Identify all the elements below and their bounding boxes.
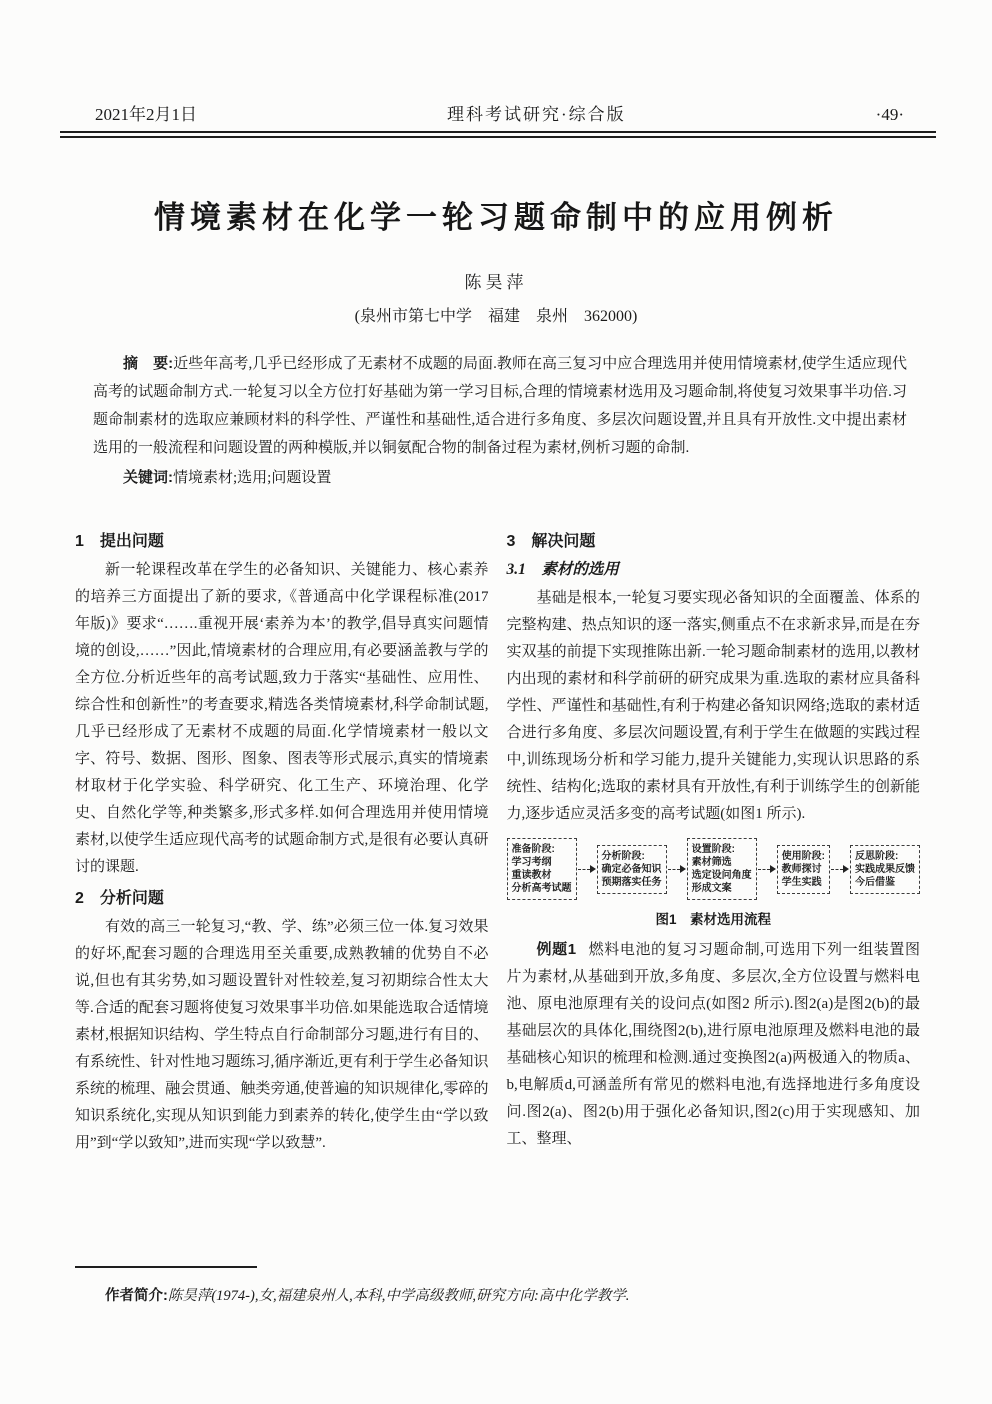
section-2-heading: 2 分析问题 [75,885,489,908]
header-double-rule [60,131,936,138]
keywords-text: 情境素材;选用;问题设置 [173,470,331,486]
abstract-paragraph: 摘 要:近些年高考,几乎已经形成了无素材不成题的局面.教师在高三复习中应合理选用… [93,350,907,462]
figure-1-flowchart: 准备阶段: 学习考纲 重读教材 分析高考试题 分析阶段: 确定必备知识 预期落实… [507,838,921,900]
journal-page: 2021年2月1日 理科考试研究·综合版 ·49· 情境素材在化学一轮习题命制中… [0,0,992,1404]
example-1-paragraph: 例题1燃料电池的复习习题命制,可选用下列一组装置图片为素材,从基础到开放,多角度… [507,936,921,1153]
left-column: 1 提出问题 新一轮课程改革在学生的必备知识、关键能力、核心素养的培养三方面提出… [75,524,489,1157]
body-columns: 1 提出问题 新一轮课程改革在学生的必备知识、关键能力、核心素养的培养三方面提出… [75,524,920,1157]
arrow-head-icon [590,865,596,873]
example-1-label: 例题1 [537,941,577,958]
arrow-dash-line [578,869,590,870]
flow-box-use-stage: 使用阶段: 教师探讨 学生实践 [777,845,830,894]
author-name: 陈昊萍 [0,268,992,293]
author-bio: 作者简介:陈昊萍(1974-),女,福建泉州人,本科,中学高级教师,研究方向:高… [105,1284,932,1305]
section-3-heading: 3 解决问题 [507,528,921,551]
flow-box-reflect-stage: 反思阶段: 实践成果反馈 今后借鉴 [850,845,920,894]
figure-1: 准备阶段: 学习考纲 重读教材 分析高考试题 分析阶段: 确定必备知识 预期落实… [507,838,921,928]
flow-box-analyze-stage: 分析阶段: 确定必备知识 预期落实任务 [597,845,667,894]
flow-arrow-icon [831,865,849,873]
abstract-label: 摘 要: [123,355,173,372]
example-1-text: 燃料电池的复习习题命制,可选用下列一组装置图片为素材,从基础到开放,多角度、多层… [507,942,921,1147]
section-1-paragraph: 新一轮课程改革在学生的必备知识、关键能力、核心素养的培养三方面提出了新的要求,《… [75,557,489,881]
abstract-text: 近些年高考,几乎已经形成了无素材不成题的局面.教师在高三复习中应合理选用并使用情… [93,356,907,456]
right-column: 3 解决问题 3.1 素材的选用 基础是根本,一轮复习要实现必备知识的全面覆盖、… [507,524,921,1157]
flow-arrow-icon [578,865,596,873]
article-title: 情境素材在化学一轮习题命制中的应用例析 [0,192,992,237]
issue-date: 2021年2月1日 [95,100,197,125]
keywords-label: 关键词: [123,469,173,486]
footnote-rule [75,1266,257,1268]
section-1-heading: 1 提出问题 [75,528,489,551]
section-2-paragraph: 有效的高三一轮复习,“教、学、练”必须三位一体.复习效果的好坏,配套习题的合理选… [75,914,489,1157]
flow-arrow-icon [668,865,686,873]
arrow-dash-line [668,869,680,870]
keywords-line: 关键词:情境素材;选用;问题设置 [93,464,907,492]
arrow-head-icon [680,865,686,873]
flow-box-setup-stage: 设置阶段: 素材筛选 选定设问角度 形成文案 [687,838,757,900]
arrow-dash-line [831,869,843,870]
flow-arrow-icon [758,865,776,873]
section-3-1-subheading: 3.1 素材的选用 [507,557,921,579]
arrow-head-icon [843,865,849,873]
journal-name: 理科考试研究·综合版 [447,100,626,125]
author-bio-text: 陈昊萍(1974-),女,福建泉州人,本科,中学高级教师,研究方向:高中化学教学… [168,1288,630,1304]
arrow-dash-line [758,869,770,870]
page-number: ·49· [876,105,904,125]
section-3-1-paragraph: 基础是根本,一轮复习要实现必备知识的全面覆盖、体系的完整构建、热点知识的逐一落实… [507,585,921,828]
author-bio-label: 作者简介: [105,1288,168,1304]
flow-box-prepare-stage: 准备阶段: 学习考纲 重读教材 分析高考试题 [507,838,577,900]
figure-1-caption: 图1 素材选用流程 [507,908,921,928]
page-header: 2021年2月1日 理科考试研究·综合版 ·49· [95,100,904,125]
arrow-head-icon [770,865,776,873]
author-affiliation: (泉州市第七中学 福建 泉州 362000) [0,303,992,326]
abstract-block: 摘 要:近些年高考,几乎已经形成了无素材不成题的局面.教师在高三复习中应合理选用… [93,350,907,492]
